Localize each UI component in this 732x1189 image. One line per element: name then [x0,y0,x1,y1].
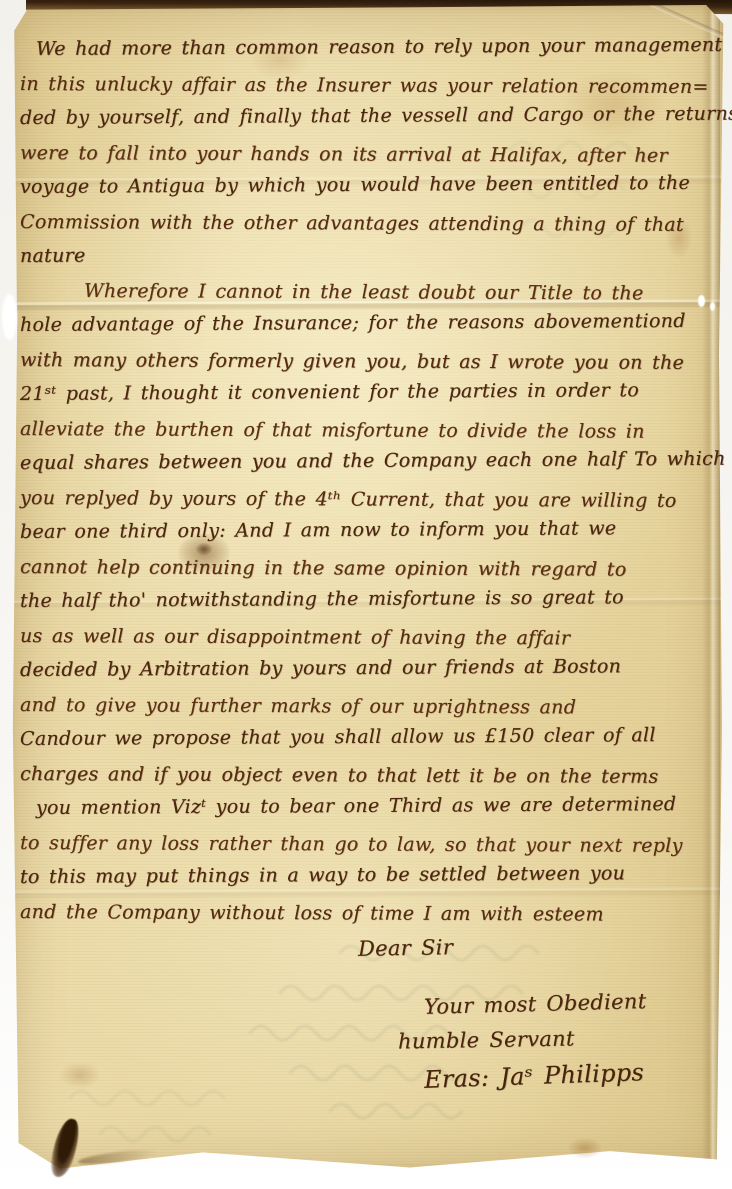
letter-line: bear one third only: And I am now to inf… [20,517,722,556]
letter-line: the half tho' notwithstanding the misfor… [20,586,722,625]
letter-body: We had more than common reason to rely u… [20,38,722,935]
letter-line: We had more than common reason to rely u… [36,34,722,73]
letter-line: hole advantage of the Insurance; for the… [20,310,722,349]
letter-line: you mention Vizᵗ you to bear one Third a… [36,793,722,832]
closing-valediction-line2: humble Servant [398,1026,575,1053]
paper-edge-chip [2,294,17,340]
paper-edge-hole [698,295,705,307]
letter-line: voyage to Antigua by which you would hav… [20,172,722,211]
letter-line: 21ˢᵗ past, I thought it convenient for t… [20,379,722,418]
letter-line: Candour we propose that you shall allow … [20,724,722,763]
letter-line: and the Company without loss of time I a… [20,901,722,939]
letter-line: ded by yourself, and finally that the ve… [20,103,722,142]
letter-line: nature [20,241,722,280]
letter-line: to this may put things in a way to be se… [20,862,722,901]
closing-salutation: Dear Sir [358,935,453,961]
letter-line: equal shares between you and the Company… [20,448,722,487]
paper-edge-hole [710,302,715,311]
scanned-letter-page: We had more than common reason to rely u… [0,0,732,1189]
letter-line: decided by Arbitration by yours and our … [20,655,722,694]
